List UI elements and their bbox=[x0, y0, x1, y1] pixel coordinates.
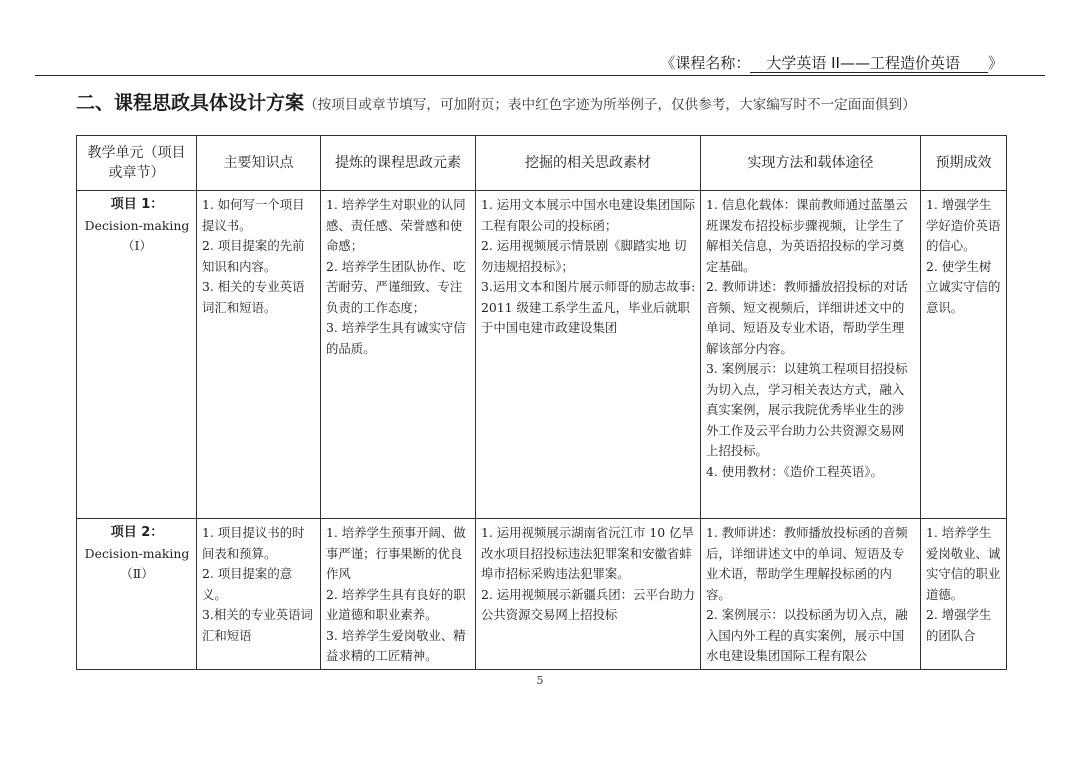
method-item: 1. 教师讲述：教师播放投标函的音频后，详细讲述文中的单词、短语及专业术语，帮助… bbox=[706, 523, 916, 605]
section-heading: 二、课程思政具体设计方案（按项目或章节填写，可加附页；表中红色字迹为所举例子，仅… bbox=[76, 88, 916, 115]
unit-english: Decision-making bbox=[82, 216, 192, 237]
outcome-item: 2. 增强学生的团队合 bbox=[926, 605, 1002, 646]
column-header-outcomes: 预期成效 bbox=[921, 136, 1007, 191]
design-plan-table: 教学单元（项目或章节） 主要知识点 提炼的课程思政元素 挖掘的相关思政素材 实现… bbox=[76, 135, 1007, 670]
course-name-text: 大学英语 II——工程造价英语 bbox=[766, 54, 960, 72]
knowledge-item: 3.相关的专业英语词汇和短语 bbox=[202, 605, 316, 646]
unit-number: （Ⅰ） bbox=[82, 236, 192, 257]
table-header-row: 教学单元（项目或章节） 主要知识点 提炼的课程思政元素 挖掘的相关思政素材 实现… bbox=[77, 136, 1007, 191]
outcomes-cell: 1. 培养学生爱岗敬业、诚实守信的职业道德。 2. 增强学生的团队合 bbox=[921, 519, 1007, 670]
method-item: 2. 案例展示：以投标函为切入点，融入国内外工程的真实案例，展示中国水电建设集团… bbox=[706, 605, 916, 667]
knowledge-item: 2. 项目提案的先前知识和内容。 bbox=[202, 236, 316, 277]
knowledge-item: 3. 相关的专业英语词汇和短语。 bbox=[202, 277, 316, 318]
materials-cell: 1. 运用文本展示中国水电建设集团国际工程有限公司的投标函； 2. 运用视频展示… bbox=[476, 191, 701, 519]
unit-title: 项目 2： bbox=[82, 523, 192, 544]
unit-number: （Ⅱ） bbox=[82, 564, 192, 585]
table-row: 项目 1： Decision-making （Ⅰ） 1. 如何写一个项目提议书。… bbox=[77, 191, 1007, 519]
table-row: 项目 2： Decision-making （Ⅱ） 1. 项目提议书的时间表和预… bbox=[77, 519, 1007, 670]
material-item: 2. 运用视频展示新疆兵团：云平台助力公共资源交易网上招投标 bbox=[481, 585, 696, 626]
element-item: 1. 培养学生对职业的认同感、责任感、荣誉感和使命感； bbox=[326, 195, 471, 257]
course-label: 《课程名称： bbox=[660, 54, 750, 72]
method-item: 2. 教师讲述：教师播放招投标的对话音频、短文视频后，详细讲述文中的单词、短语及… bbox=[706, 277, 916, 359]
course-header: 《课程名称：大学英语 II——工程造价英语》 bbox=[0, 52, 1003, 73]
elements-cell: 1. 培养学生预事开阔、做事严谨；行事果断的优良作风 2. 培养学生具有良好的职… bbox=[321, 519, 476, 670]
element-item: 3. 培养学生爱岗敬业、精益求精的工匠精神。 bbox=[326, 626, 471, 667]
section-title: 二、课程思政具体设计方案 bbox=[76, 92, 304, 114]
outcomes-cell: 1. 增强学生学好造价英语的信心。 2. 使学生树立诚实守信的意识。 bbox=[921, 191, 1007, 519]
outcome-item: 1. 培养学生爱岗敬业、诚实守信的职业道德。 bbox=[926, 523, 1002, 605]
knowledge-item: 1. 如何写一个项目提议书。 bbox=[202, 195, 316, 236]
knowledge-item: 2. 项目提案的意义。 bbox=[202, 564, 316, 605]
outcome-item: 1. 增强学生学好造价英语的信心。 bbox=[926, 195, 1002, 257]
material-item: 1. 运用文本展示中国水电建设集团国际工程有限公司的投标函； bbox=[481, 195, 696, 236]
element-item: 2. 培养学生团队协作、吃苦耐劳、严谨细致、专注负责的工作态度； bbox=[326, 257, 471, 319]
knowledge-cell: 1. 项目提议书的时间表和预算。 2. 项目提案的意义。 3.相关的专业英语词汇… bbox=[197, 519, 321, 670]
column-header-unit: 教学单元（项目或章节） bbox=[77, 136, 197, 191]
material-item: 3.运用文本和图片展示师哥的励志故事: 2011 级建工系学生孟凡，毕业后就职于… bbox=[481, 277, 696, 339]
unit-cell: 项目 2： Decision-making （Ⅱ） bbox=[77, 519, 197, 670]
unit-cell: 项目 1： Decision-making （Ⅰ） bbox=[77, 191, 197, 519]
header-rule bbox=[35, 75, 1045, 76]
method-item: 4. 使用教材：《造价工程英语》。 bbox=[706, 462, 916, 483]
element-item: 1. 培养学生预事开阔、做事严谨；行事果断的优良作风 bbox=[326, 523, 471, 585]
page-number: 5 bbox=[0, 674, 1080, 687]
material-item: 2. 运用视频展示情景剧《脚踏实地 切勿违规招投标》； bbox=[481, 236, 696, 277]
column-header-methods: 实现方法和载体途径 bbox=[701, 136, 921, 191]
method-item: 3. 案例展示：以建筑工程项目招投标为切入点，学习相关表达方式，融入真实案例，展… bbox=[706, 359, 916, 462]
method-item: 1. 信息化载体：课前教师通过蓝墨云班课发布招投标步骤视频，让学生了解相关信息，… bbox=[706, 195, 916, 277]
unit-title: 项目 1： bbox=[82, 195, 192, 216]
element-item: 2. 培养学生具有良好的职业道德和职业素养。 bbox=[326, 585, 471, 626]
course-name: 大学英语 II——工程造价英语 bbox=[750, 55, 988, 73]
methods-cell: 1. 教师讲述：教师播放投标函的音频后，详细讲述文中的单词、短语及专业术语，帮助… bbox=[701, 519, 921, 670]
outcome-item: 2. 使学生树立诚实守信的意识。 bbox=[926, 257, 1002, 319]
section-note: （按项目或章节填写，可加附页；表中红色字迹为所举例子，仅供参考，大家编写时不一定… bbox=[304, 97, 916, 113]
knowledge-cell: 1. 如何写一个项目提议书。 2. 项目提案的先前知识和内容。 3. 相关的专业… bbox=[197, 191, 321, 519]
elements-cell: 1. 培养学生对职业的认同感、责任感、荣誉感和使命感； 2. 培养学生团队协作、… bbox=[321, 191, 476, 519]
unit-english: Decision-making bbox=[82, 544, 192, 565]
column-header-materials: 挖掘的相关思政素材 bbox=[476, 136, 701, 191]
knowledge-item: 1. 项目提议书的时间表和预算。 bbox=[202, 523, 316, 564]
column-header-elements: 提炼的课程思政元素 bbox=[321, 136, 476, 191]
materials-cell: 1. 运用视频展示湖南省沅江市 10 亿旱改水项目招投标违法犯罪案和安徽省蚌埠市… bbox=[476, 519, 701, 670]
element-item: 3. 培养学生具有诚实守信的品质。 bbox=[326, 318, 471, 359]
column-header-knowledge: 主要知识点 bbox=[197, 136, 321, 191]
material-item: 1. 运用视频展示湖南省沅江市 10 亿旱改水项目招投标违法犯罪案和安徽省蚌埠市… bbox=[481, 523, 696, 585]
course-close: 》 bbox=[988, 54, 1003, 72]
methods-cell: 1. 信息化载体：课前教师通过蓝墨云班课发布招投标步骤视频，让学生了解相关信息，… bbox=[701, 191, 921, 519]
